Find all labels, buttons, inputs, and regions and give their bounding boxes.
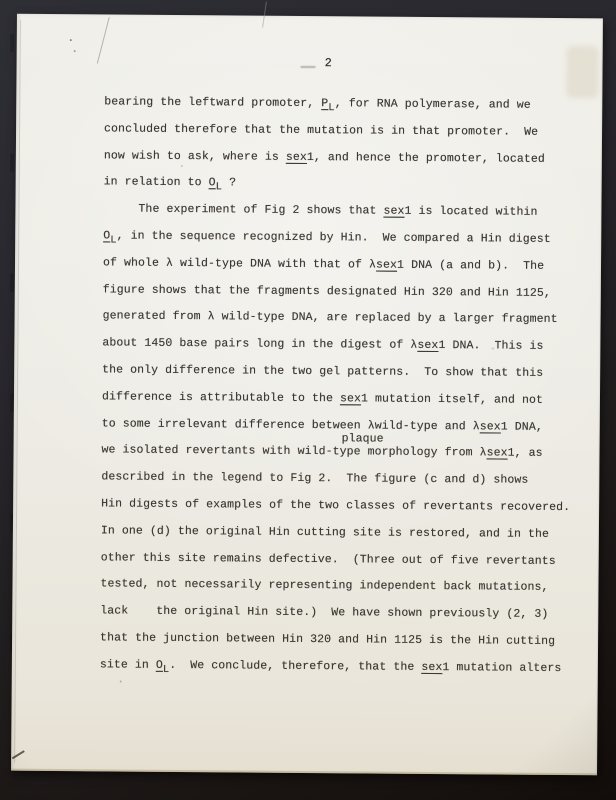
typed-text: bearing the leftward promoter, PL, for R… bbox=[100, 89, 591, 682]
text-line: concluded therefore that the mutation is… bbox=[104, 116, 590, 147]
text-line: other this site remains defective. (Thre… bbox=[101, 545, 587, 576]
text-line: difference is attributable to the sex1 m… bbox=[102, 384, 588, 415]
text-line: in relation to OL ? bbox=[104, 170, 590, 201]
pencil-scratch-mark bbox=[97, 17, 110, 64]
page-number: 2 bbox=[325, 56, 332, 70]
text-line: OL, in the sequence recognized by Hin. W… bbox=[103, 223, 589, 254]
manuscript-page: 2 bearing the leftward promoter, PL, for… bbox=[11, 14, 603, 776]
photo-background: 2 bearing the leftward promoter, PL, for… bbox=[0, 0, 616, 800]
text-line: of whole λ wild-type DNA with that of λs… bbox=[103, 250, 589, 281]
text-line: generated from λ wild-type DNA, are repl… bbox=[102, 304, 588, 335]
text-line: about 1450 base pairs long in the digest… bbox=[102, 331, 588, 362]
text-line: now wish to ask, where is sex1, and henc… bbox=[104, 143, 590, 174]
text-line: Hin digests of examples of the two class… bbox=[101, 491, 587, 522]
text-line: bearing the leftward promoter, PL, for R… bbox=[104, 89, 590, 120]
text-line: the only difference in the two gel patte… bbox=[102, 357, 588, 388]
paper-left-edge-line bbox=[14, 20, 21, 763]
pencil-slash-mark bbox=[262, 2, 267, 28]
paper-speck bbox=[120, 681, 122, 683]
text-line: The experiment of Fig 2 shows that sex1 … bbox=[103, 197, 589, 228]
text-line: we isolated revertants with wild-type mo… bbox=[101, 438, 587, 469]
interline-inserted-word: plaque bbox=[342, 426, 384, 453]
text-line: that the junction between Hin 320 and Hi… bbox=[100, 625, 586, 656]
text-line: site in OL. We conclude, therefore, that… bbox=[100, 652, 586, 683]
text-line: In one (d) the original Hin cutting site… bbox=[101, 518, 587, 549]
paper-stain bbox=[566, 46, 598, 98]
text-line: tested, not necessarily representing ind… bbox=[100, 572, 586, 603]
eraser-smudge bbox=[301, 66, 316, 68]
text-line: described in the legend to Fig 2. The fi… bbox=[101, 465, 587, 496]
pencil-dot bbox=[70, 39, 72, 41]
text-line: lack the original Hin site.) We have sho… bbox=[100, 599, 586, 630]
pencil-dot bbox=[74, 50, 76, 52]
text-line: figure shows that the fragments designat… bbox=[103, 277, 589, 308]
